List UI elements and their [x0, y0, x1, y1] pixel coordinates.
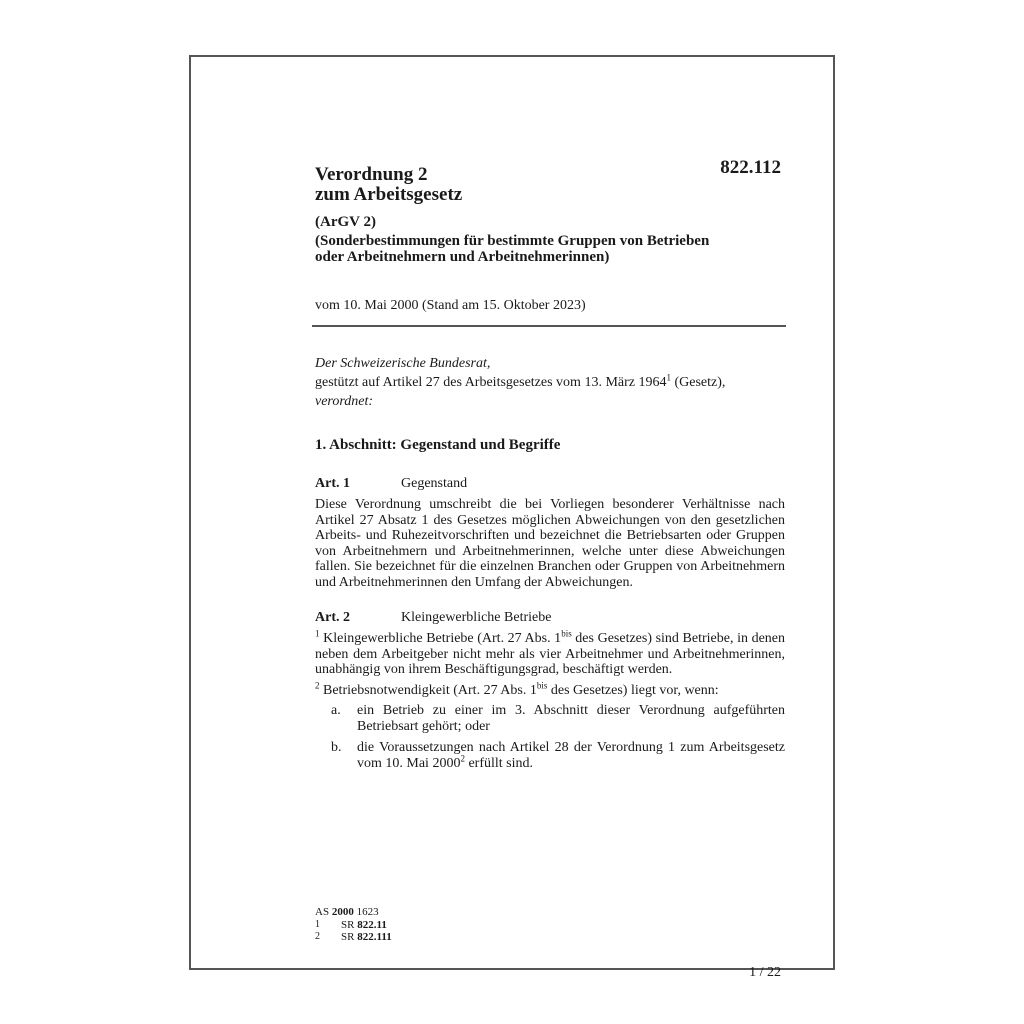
as-page: 1623 [354, 906, 379, 918]
preamble: Der Schweizerische Bundesrat, gestützt a… [315, 354, 725, 411]
sr-number-text: 822.112 [720, 157, 781, 179]
title-rule [312, 325, 786, 327]
article-2: Art. 2 Kleingewerbliche Betriebe 1 Klein… [315, 609, 785, 777]
preamble-basis-suffix: (Gesetz), [671, 375, 725, 390]
document-abbreviation: (ArGV 2) [315, 214, 376, 231]
as-prefix: AS [315, 906, 332, 918]
title-line-2: zum Arbeitsgesetz [315, 185, 462, 205]
paragraph-text: des Gesetzes) liegt vor, wenn: [547, 683, 718, 698]
page-number: 1 / 22 [749, 965, 781, 981]
preamble-authority: Der Schweizerische Bundesrat, [315, 354, 725, 373]
footnote-number: 2 [315, 931, 341, 944]
footnote-prefix: SR [341, 919, 357, 931]
list-marker: a. [315, 703, 357, 734]
paragraph-text: Betriebsnotwendigkeit (Art. 27 Abs. 1 [320, 683, 537, 698]
section-heading: 1. Abschnitt: Gegenstand und Begriffe [315, 437, 560, 454]
article-2-heading: Art. 2 Kleingewerbliche Betriebe [315, 609, 785, 627]
conditions-list: a. ein Betrieb zu einer im 3. Abschnitt … [315, 703, 785, 771]
article-1-heading: Art. 1 Gegenstand [315, 475, 785, 493]
footnotes: AS 2000 1623 1 SR 822.11 2 SR 822.111 [315, 906, 392, 944]
list-item-text-main: die Voraussetzungen nach Artikel 28 der … [357, 740, 785, 771]
list-item: a. ein Betrieb zu einer im 3. Abschnitt … [315, 703, 785, 734]
article-1-label: Art. 1 [315, 475, 401, 493]
document-subtitle: (Sonderbestimmungen für bestimmte Gruppe… [315, 233, 785, 265]
paragraph-superscript: bis [561, 628, 572, 638]
list-item-text: die Voraussetzungen nach Artikel 28 der … [357, 740, 785, 771]
article-1-title: Gegenstand [401, 475, 467, 493]
official-collection-reference: AS 2000 1623 [315, 906, 392, 919]
footnote-link[interactable]: 822.111 [357, 931, 392, 943]
preamble-basis-text: gestützt auf Artikel 27 des Arbeitsgeset… [315, 375, 666, 390]
list-marker: b. [315, 740, 357, 771]
article-2-label: Art. 2 [315, 609, 401, 627]
list-item-text-suffix: erfüllt sind. [465, 756, 533, 771]
document-title: Verordnung 2 zum Arbeitsgesetz [315, 165, 462, 205]
footnote-link[interactable]: 822.11 [357, 919, 387, 931]
article-2-paragraph-1: 1 Kleingewerbliche Betriebe (Art. 27 Abs… [315, 631, 785, 678]
footnote-1: 1 SR 822.11 [315, 919, 392, 932]
article-1-text: Diese Verordnung umschreibt die bei Vorl… [315, 497, 785, 590]
paragraph-text: Kleingewerbliche Betriebe (Art. 27 Abs. … [320, 631, 562, 646]
as-year: 2000 [332, 906, 354, 918]
preamble-basis: gestützt auf Artikel 27 des Arbeitsgeset… [315, 373, 725, 392]
subtitle-line-1: (Sonderbestimmungen für bestimmte Gruppe… [315, 233, 785, 249]
footnote-prefix: SR [341, 931, 357, 943]
article-2-title: Kleingewerbliche Betriebe [401, 609, 551, 627]
paragraph-superscript: bis [537, 680, 548, 690]
date-line: vom 10. Mai 2000 (Stand am 15. Oktober 2… [315, 298, 586, 314]
list-item: b. die Voraussetzungen nach Artikel 28 d… [315, 740, 785, 771]
subtitle-line-2: oder Arbeitnehmern und Arbeitnehmerinnen… [315, 249, 785, 265]
document-page: 822.112 Verordnung 2 zum Arbeitsgesetz (… [189, 55, 835, 970]
title-line-1: Verordnung 2 [315, 165, 462, 185]
footnote-number: 1 [315, 919, 341, 932]
list-item-text: ein Betrieb zu einer im 3. Abschnitt die… [357, 703, 785, 734]
footnote-2: 2 SR 822.111 [315, 931, 392, 944]
preamble-enacts: verordnet: [315, 392, 725, 411]
article-2-paragraph-2: 2 Betriebsnotwendigkeit (Art. 27 Abs. 1b… [315, 683, 785, 699]
article-1: Art. 1 Gegenstand Diese Verordnung umsch… [315, 475, 785, 590]
